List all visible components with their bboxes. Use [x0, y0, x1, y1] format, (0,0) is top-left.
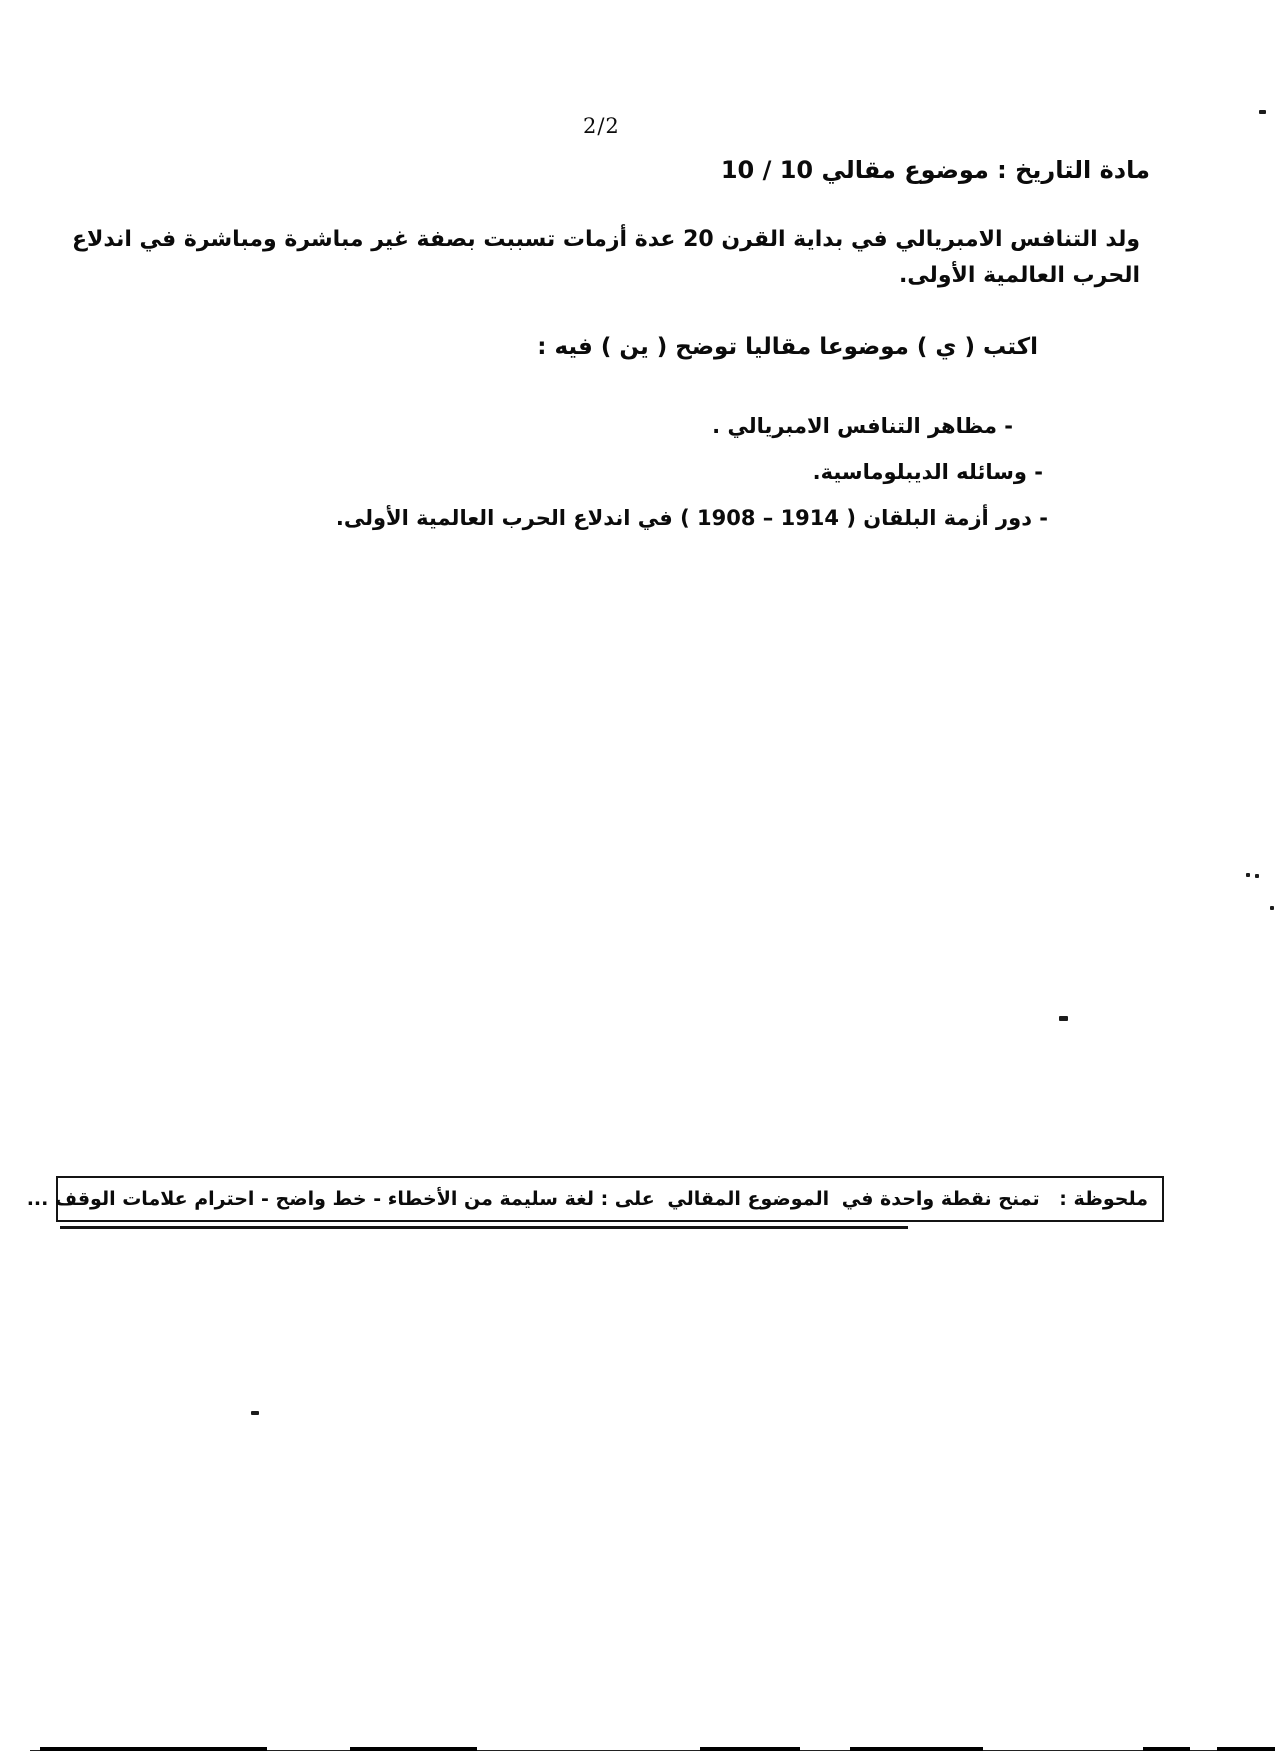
grading-note-box: ملحوظة : تمنح نقطة واحدة في الموضوع المق…: [56, 1176, 1164, 1222]
page-edge-line: [40, 1747, 267, 1751]
scan-artifact: [1255, 874, 1259, 878]
scan-artifact: [1059, 1016, 1068, 1021]
page-edge-line: [1217, 1747, 1275, 1751]
page-edge-line: [350, 1747, 477, 1751]
essay-prompt: اكتب ( ي ) موضوعا مقاليا توضح ( ين ) فيه…: [537, 334, 1038, 360]
essay-requirement-item: - وسائله الديبلوماسية.: [813, 460, 1043, 484]
note-text-pre: تمنح نقطة واحدة في: [842, 1188, 1040, 1210]
scan-artifact: [1270, 906, 1274, 910]
page-title: مادة التاريخ : موضوع مقالي 10 / 10: [721, 156, 1150, 184]
page-number: 2/2: [583, 114, 620, 138]
scan-artifact: [1246, 873, 1250, 877]
note-text-post: على : لغة سليمة من الأخطاء - خط واضح - ا…: [27, 1188, 655, 1210]
page-edge-line: [850, 1747, 983, 1751]
scan-artifact: [251, 1411, 259, 1415]
note-box-shadow-line: [60, 1226, 908, 1229]
note-label: ملحوظة :: [1059, 1188, 1148, 1210]
scanned-exam-page: 2/2 مادة التاريخ : موضوع مقالي 10 / 10 و…: [0, 0, 1275, 1756]
page-edge-line: [1143, 1747, 1190, 1751]
intro-paragraph: ولد التنافس الامبريالي في بداية القرن 20…: [58, 222, 1140, 294]
page-edge-line: [700, 1747, 800, 1751]
essay-requirement-item: - دور أزمة البلقان ( 1908‎ – ‎1914 ) في …: [336, 506, 1048, 530]
scan-artifact: [1259, 110, 1266, 114]
note-text-strong: الموضوع المقالي: [667, 1188, 829, 1210]
essay-requirement-item: - مظاهر التنافس الامبريالي .: [712, 414, 1013, 438]
